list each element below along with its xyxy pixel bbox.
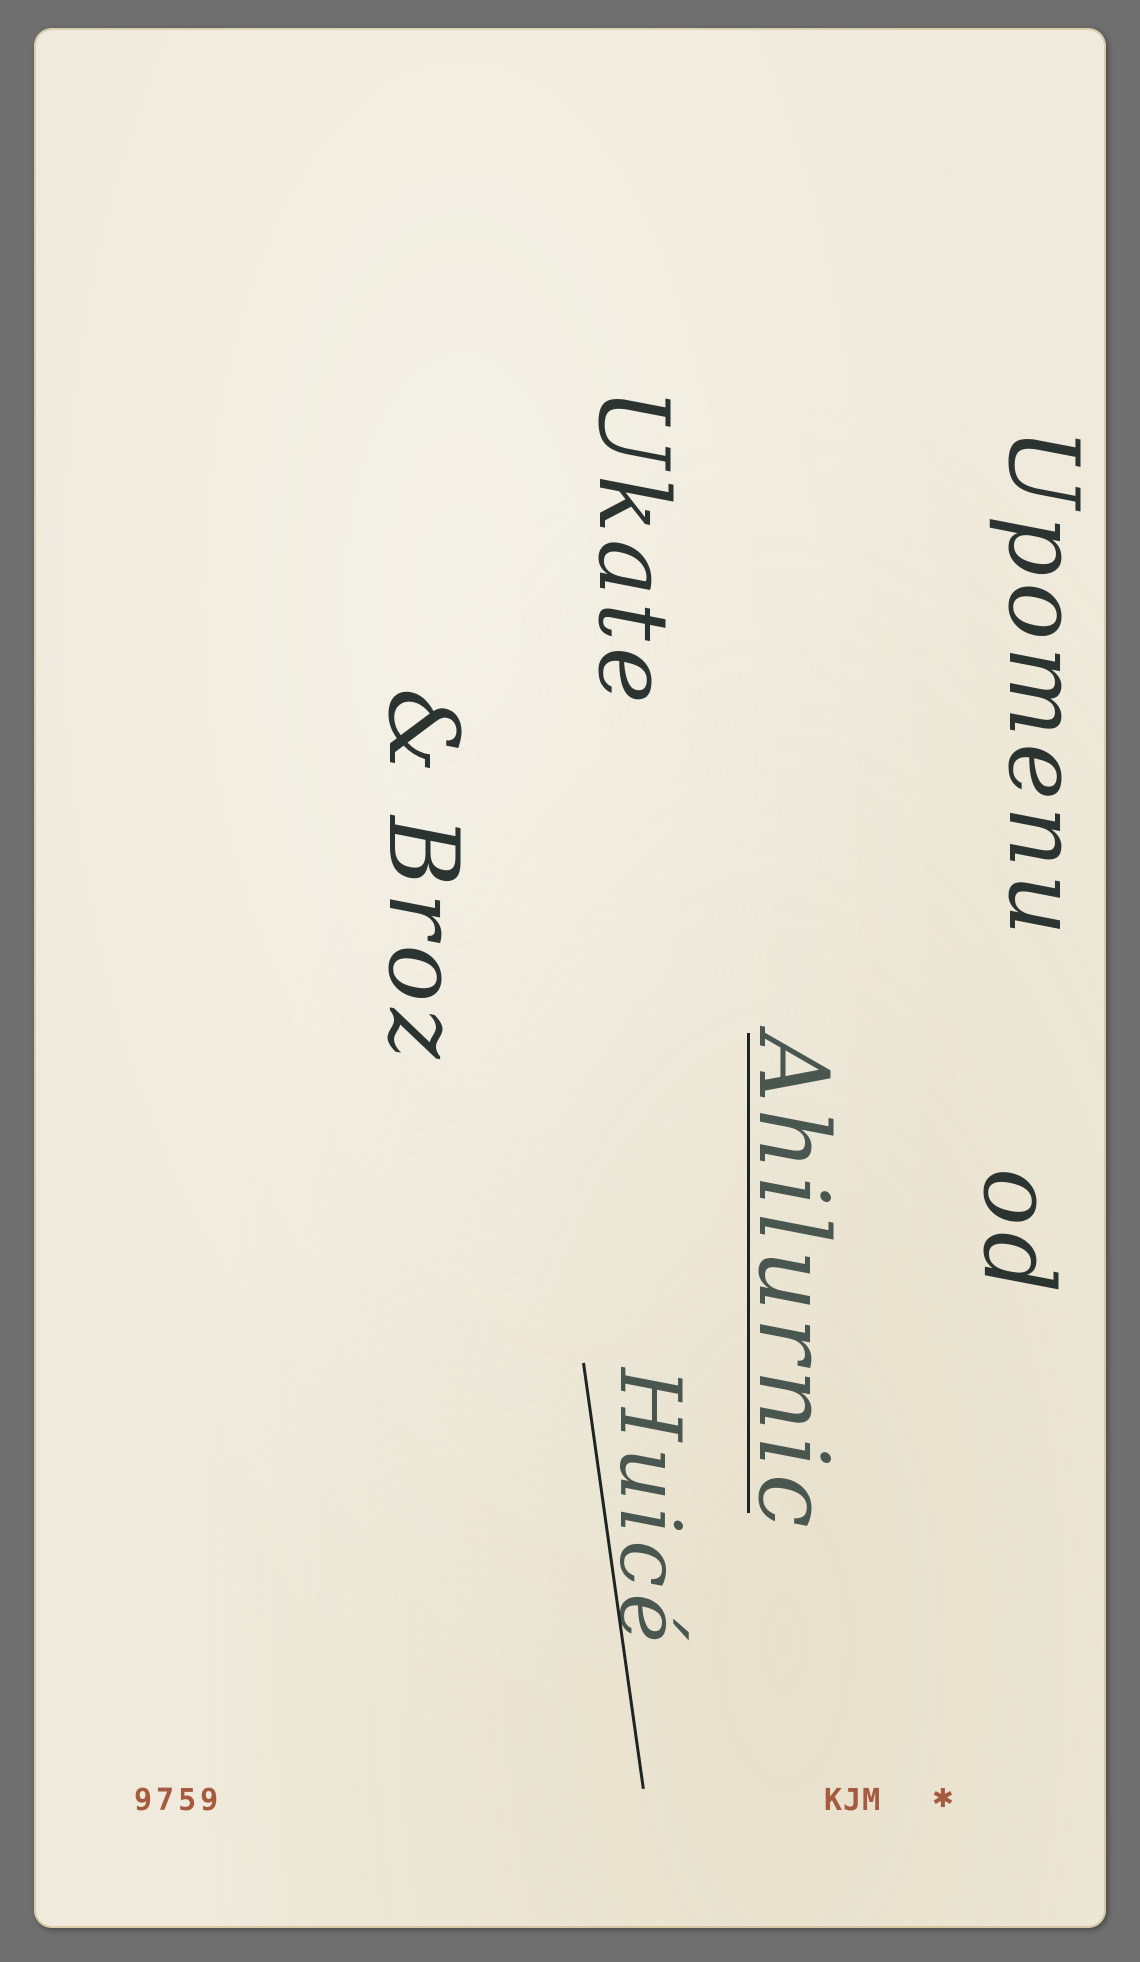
card-back: Upomenu od Ahilurnic Huicé Ukate & Broz … [34,28,1106,1928]
catalog-number: 9759 [134,1783,222,1818]
handwritten-line-6: & Broz [367,688,479,1065]
handwritten-line-5: Ukate [577,388,689,710]
handwritten-line-2: od [962,1168,1074,1299]
handwritten-line-1: Upomenu [987,428,1099,942]
maker-mark: KJM [824,1783,881,1818]
strikethrough-line-3 [747,1033,750,1513]
star-icon: ✱ [932,1784,954,1814]
handwritten-line-3-struck: Ahilurnic [737,1033,849,1534]
